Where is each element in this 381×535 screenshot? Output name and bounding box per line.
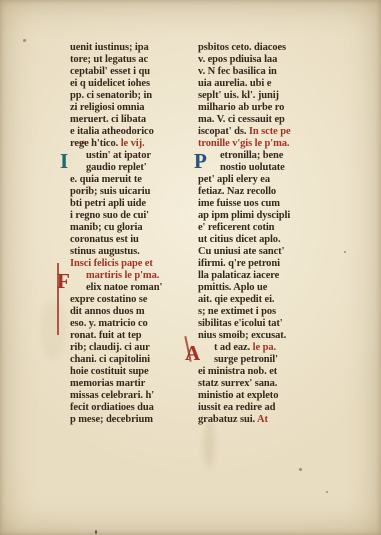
text-line: tore; ut legatus ac [70,54,200,66]
text-line: porib; suis uicariu [70,186,200,198]
text-line: grabatuz sui. At [198,414,338,426]
text-line: ap ipm plimi dyscipli [198,210,338,222]
text-segment: e italia atheodorico [70,126,154,137]
text-segment: elix natoe roman' [86,282,162,293]
text-column-right: psbitos ceto. diacoesv. epos pdiuisa laa… [198,42,338,426]
text-segment: gaudio replet' [86,162,147,173]
drop-cap-f-icon: F [57,270,70,293]
text-line: v. epos pdiuisa laa [198,54,338,66]
text-line: e' reficerent cotin [198,222,338,234]
text-segment: iscopat' ds. [198,126,249,137]
text-line: ei ministra nob. et [198,366,338,378]
parchment-speck [326,491,328,493]
text-line: pet' apli elery ea [198,174,338,186]
text-segment: fetiaz. Naz recollo [198,186,276,197]
text-segment: v. epos pdiuisa laa [198,54,277,65]
text-line: tronille v'gis le p'ma. [198,138,338,150]
text-line: rib; claudij. ci aur [70,342,200,354]
text-segment: p mese; decebrium [70,414,153,425]
text-line: manib; cu gloria [70,222,200,234]
text-line: rege h'tico. le vij. [70,138,200,150]
text-segment: martiris le p'ma. [86,270,159,281]
text-line: psbitos ceto. diacoes [198,42,338,54]
text-line: p mese; decebrium [70,414,200,426]
drop-cap-a-icon: A [185,342,200,365]
text-line: ma. V. ci cessauit ep [198,114,338,126]
text-line: etronilla; bene [198,150,338,162]
text-segment: pet' apli elery ea [198,174,270,185]
text-segment: surge petronil' [214,354,278,365]
text-line: statz surrex' sana. [198,378,338,390]
drop-cap-p-icon: P [194,150,207,173]
text-segment: meruert. ci libata [70,114,146,125]
text-line: i regno suo de cui' [70,210,200,222]
text-segment: iussit ea redire ad [198,402,275,413]
text-line: meruert. ci libata [70,114,200,126]
text-segment: tore; ut legatus ac [70,54,148,65]
text-line: t ad eaz. le pa. [198,342,338,354]
text-segment: dit annos duos m [70,306,145,317]
text-segment: uia aurelia. ubi e [198,78,271,89]
parchment-stain [40,300,66,360]
parchment-speck [299,468,302,471]
text-segment: missas celebrari. h' [70,390,154,401]
text-line: Insci felicis pape et [70,258,200,270]
text-segment: expre costatino se [70,294,147,305]
text-line: memorias martir [70,378,200,390]
text-segment: rege h'tico. [70,138,121,149]
text-segment: i regno suo de cui' [70,210,149,221]
text-segment: memorias martir [70,378,145,389]
text-line: Cu uniusi ate sanct' [198,246,338,258]
text-line: seplt' uis. kl'. junij [198,90,338,102]
text-segment: e. quia meruit te [70,174,142,185]
text-line: stinus augustus. [70,246,200,258]
text-line: surge petronil' [198,354,338,366]
text-segment: le vij. [121,138,145,149]
parchment-speck [344,251,346,253]
text-segment: lla palaticaz iacere [198,270,279,281]
text-line: v. N fec basilica in [198,66,338,78]
text-segment: e' reficerent cotin [198,222,274,233]
text-segment: pmittis. Aplo ue [198,282,267,293]
text-line: lla palaticaz iacere [198,270,338,282]
text-line: ait. qie expedit ei. [198,294,338,306]
text-segment: le pa. [253,342,276,353]
manuscript-photo: uenit iustinus; ipatore; ut legatus acce… [0,0,381,535]
text-segment: tronille v'gis le p'ma. [198,138,289,149]
text-line: ut citius dicet aplo. [198,234,338,246]
text-line: ime fuisse uos cum [198,198,338,210]
text-segment: ceptabil' esset i qu [70,66,150,77]
text-segment: stinus augustus. [70,246,140,257]
text-segment: At [257,414,268,425]
text-line: dit annos duos m [70,306,200,318]
text-segment: porib; suis uicariu [70,186,150,197]
parchment-leaf: uenit iustinus; ipatore; ut legatus acce… [0,0,381,535]
text-segment: Insci felicis pape et [70,258,153,269]
text-segment: uenit iustinus; ipa [70,42,149,53]
text-line: uia aurelia. ubi e [198,78,338,90]
text-segment: ministio at expleto [198,390,278,401]
text-segment: chani. ci capitolini [70,354,150,365]
text-segment: sibilitas e'icolui tat' [198,318,283,329]
text-segment: ut citius dicet aplo. [198,234,281,245]
text-segment: pp. ci senatorib; in [70,90,152,101]
text-segment: ap ipm plimi dyscipli [198,210,290,221]
text-segment: milhario ab urbe ro [198,102,284,113]
text-segment: nius smoib; excusat. [198,330,286,341]
text-line: eso. y. matricio co [70,318,200,330]
text-line: elix natoe roman' [70,282,200,294]
text-line: nostio uolutate [198,162,338,174]
text-line: uenit iustinus; ipa [70,42,200,54]
text-line: missas celebrari. h' [70,390,200,402]
text-line: ei q uidelicet iohes [70,78,200,90]
text-column-left: uenit iustinus; ipatore; ut legatus acce… [70,42,200,426]
parchment-speck [23,39,26,42]
text-line: e. quia meruit te [70,174,200,186]
text-line: iussit ea redire ad [198,402,338,414]
text-line: milhario ab urbe ro [198,102,338,114]
text-line: ministio at expleto [198,390,338,402]
text-line: ceptabil' esset i qu [70,66,200,78]
text-line: bti petri apli uide [70,198,200,210]
text-segment: ei ministra nob. et [198,366,277,377]
text-segment: manib; cu gloria [70,222,143,233]
text-segment: ei q uidelicet iohes [70,78,150,89]
text-segment: hoie costituit supe [70,366,149,377]
drop-cap-i-icon: I [60,150,68,173]
text-segment: t ad eaz. [214,342,253,353]
text-segment: eso. y. matricio co [70,318,148,329]
text-segment: ait. qie expedit ei. [198,294,274,305]
text-segment: ime fuisse uos cum [198,198,280,209]
text-line: e italia atheodorico [70,126,200,138]
text-segment: ustin' at ipator [86,150,151,161]
text-line: coronatus est iu [70,234,200,246]
text-line: fetiaz. Naz recollo [198,186,338,198]
text-line: martiris le p'ma. [70,270,200,282]
text-segment: Cu uniusi ate sanct' [198,246,284,257]
text-segment: psbitos ceto. diacoes [198,42,286,53]
text-line: gaudio replet' [70,162,200,174]
text-segment: zi religiosi omnia [70,102,144,113]
text-segment: bti petri apli uide [70,198,146,209]
text-segment: etronilla; bene [220,150,283,161]
text-segment: v. N fec basilica in [198,66,277,77]
text-line: iscopat' ds. In scte pe [198,126,338,138]
text-line: nius smoib; excusat. [198,330,338,342]
text-line: ronat. fuit at tep [70,330,200,342]
text-line: s; ne extimet i pos [198,306,338,318]
text-line: sibilitas e'icolui tat' [198,318,338,330]
text-line: pp. ci senatorib; in [70,90,200,102]
text-line: fecit ordiatioes dua [70,402,200,414]
text-segment: seplt' uis. kl'. junij [198,90,279,101]
text-line: chani. ci capitolini [70,354,200,366]
text-segment: ma. V. ci cessauit ep [198,114,285,125]
text-segment: rib; claudij. ci aur [70,342,150,353]
text-line: hoie costituit supe [70,366,200,378]
text-segment: fecit ordiatioes dua [70,402,154,413]
parchment-stain [203,420,215,468]
text-segment: ronat. fuit at tep [70,330,142,341]
text-line: pmittis. Aplo ue [198,282,338,294]
text-line: expre costatino se [70,294,200,306]
text-segment: statz surrex' sana. [198,378,277,389]
text-line: ustin' at ipator [70,150,200,162]
text-line: ifirmi. q're petroni [198,258,338,270]
parchment-speck [95,530,97,534]
text-segment: s; ne extimet i pos [198,306,276,317]
text-segment: ifirmi. q're petroni [198,258,280,269]
text-segment: coronatus est iu [70,234,139,245]
text-segment: nostio uolutate [220,162,285,173]
text-line: zi religiosi omnia [70,102,200,114]
text-segment: grabatuz sui. [198,414,257,425]
text-segment: In scte pe [249,126,291,137]
